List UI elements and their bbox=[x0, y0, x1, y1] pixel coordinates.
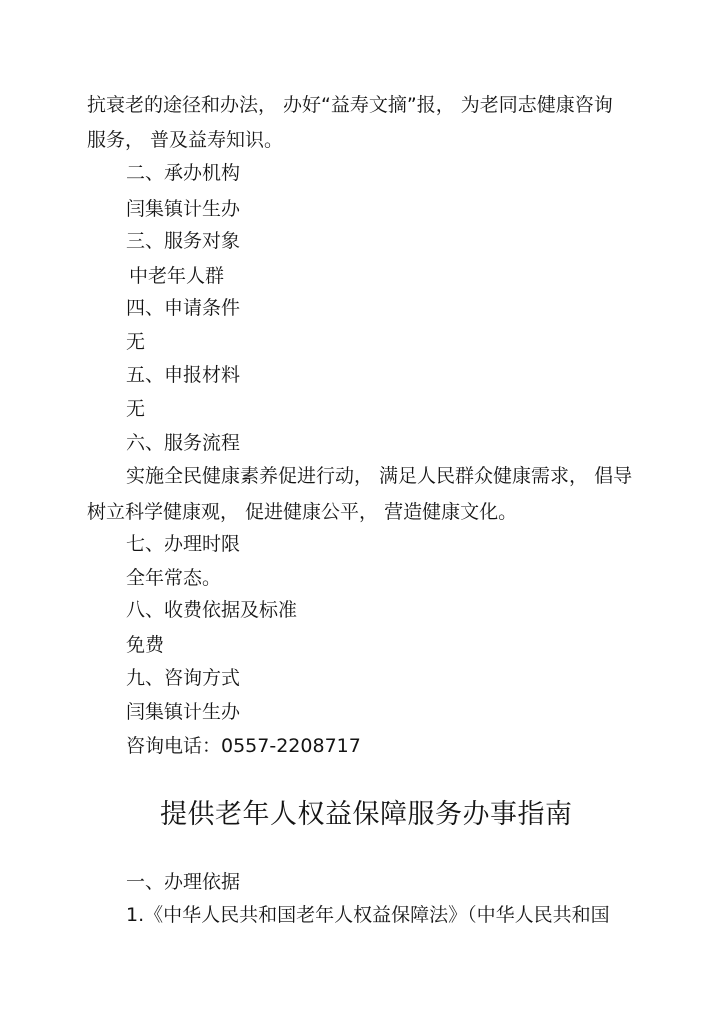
section-heading: 九、咨询方式 bbox=[126, 669, 240, 688]
section-content: 树立科学健康观， 促进健康公平， 营造健康文化。 bbox=[87, 503, 517, 522]
section-content: 无 bbox=[126, 333, 145, 352]
paragraph-line: 服务， 普及益寿知识。 bbox=[87, 131, 283, 150]
section-content: 中老年人群 bbox=[129, 267, 224, 286]
section-heading: 七、办理时限 bbox=[126, 535, 240, 554]
section-content: 1.《中华人民共和国老年人权益保障法》（中华人民共和国 bbox=[126, 906, 610, 925]
section-content: 免费 bbox=[126, 636, 164, 655]
section-content: 全年常态。 bbox=[126, 569, 221, 588]
guide-title: 提供老年人权益保障服务办事指南 bbox=[160, 801, 573, 828]
paragraph-line: 抗衰老的途径和办法， 办好“益寿文摘”报， 为老同志健康咨询 bbox=[87, 96, 613, 115]
section-heading: 四、申请条件 bbox=[126, 299, 240, 318]
section-heading: 三、服务对象 bbox=[126, 232, 240, 251]
contact-phone: 咨询电话：0557-2208717 bbox=[126, 737, 361, 756]
section-heading: 五、申报材料 bbox=[126, 366, 240, 385]
section-content: 实施全民健康素养促进行动， 满足人民群众健康需求， 倡导 bbox=[126, 467, 632, 486]
section-content: 闫集镇计生办 bbox=[126, 200, 240, 219]
section-content: 无 bbox=[126, 400, 145, 419]
section-content: 闫集镇计生办 bbox=[126, 703, 240, 722]
section-heading: 六、服务流程 bbox=[126, 434, 240, 453]
section-heading: 二、承办机构 bbox=[126, 164, 240, 183]
section-heading: 一、办理依据 bbox=[126, 873, 240, 892]
section-heading: 八、收费依据及标准 bbox=[126, 601, 297, 620]
